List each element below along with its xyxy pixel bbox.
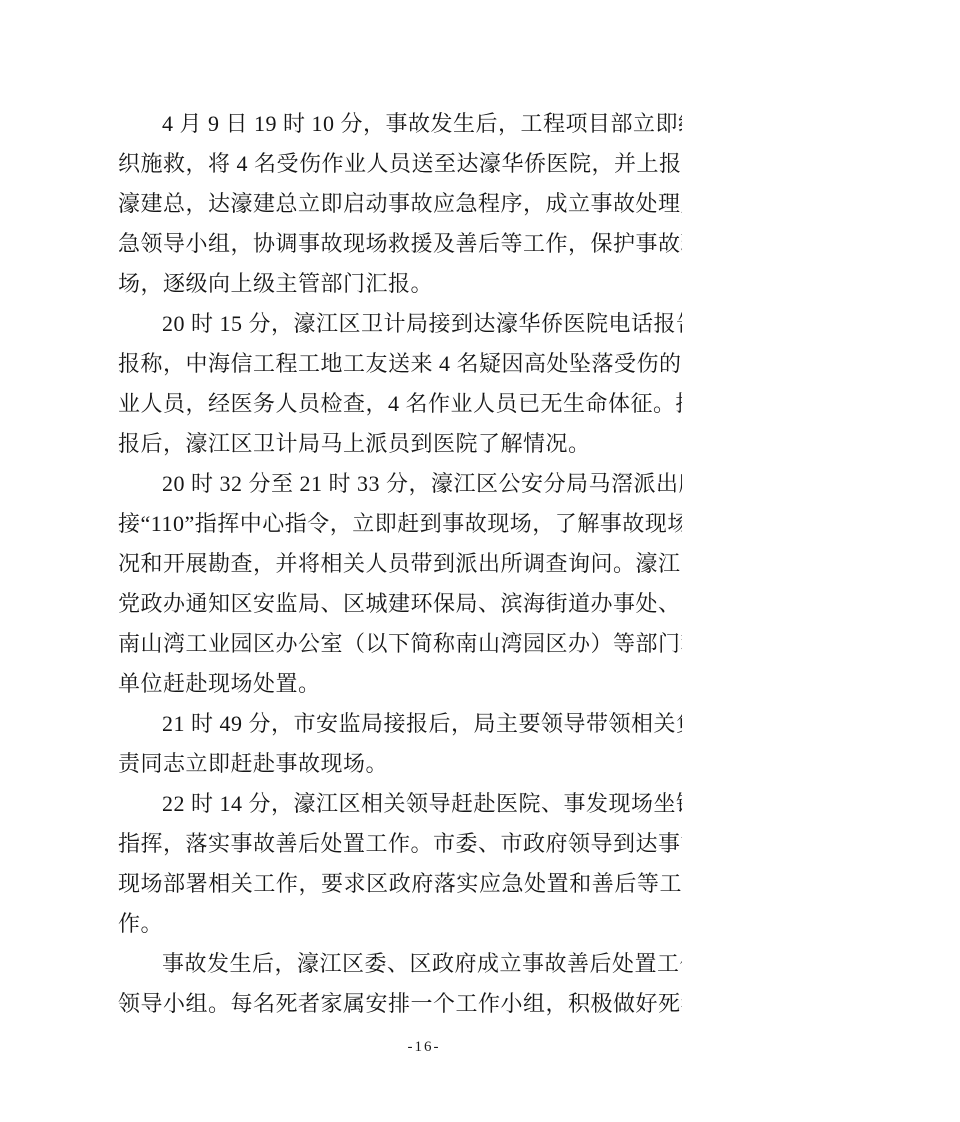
text-line: 濠建总，达濠建总立即启动事故应急程序，成立事故处理应 xyxy=(118,184,682,224)
text-line: 急领导小组，协调事故现场救援及善后等工作，保护事故现 xyxy=(118,224,682,264)
text-line: 业人员，经医务人员检查，4 名作业人员已无生命体征。接 xyxy=(118,384,682,424)
text-line: 南山湾工业园区办公室（以下简称南山湾园区办）等部门和 xyxy=(118,624,682,664)
text-line: 织施救，将 4 名受伤作业人员送至达濠华侨医院，并上报达 xyxy=(118,144,682,184)
text-line: 4 月 9 日 19 时 10 分，事故发生后，工程项目部立即组 xyxy=(118,104,682,144)
text-line: 22 时 14 分，濠江区相关领导赶赴医院、事发现场坐镇 xyxy=(118,784,682,824)
paragraph-3: 20 时 32 分至 21 时 33 分，濠江区公安分局马滘派出所 接“110”… xyxy=(118,464,682,704)
text-line: 报称，中海信工程工地工友送来 4 名疑因高处坠落受伤的作 xyxy=(118,344,682,384)
paragraph-6: 事故发生后，濠江区委、区政府成立事故善后处置工作 领导小组。每名死者家属安排一个… xyxy=(118,944,682,1024)
text-line: 20 时 15 分，濠江区卫计局接到达濠华侨医院电话报告 xyxy=(118,304,682,344)
text-line: 事故发生后，濠江区委、区政府成立事故善后处置工作 xyxy=(118,944,682,984)
text-line: 指挥，落实事故善后处置工作。市委、市政府领导到达事故 xyxy=(118,824,682,864)
page-number: -16- xyxy=(408,1038,441,1056)
text-line: 20 时 32 分至 21 时 33 分，濠江区公安分局马滘派出所 xyxy=(118,464,682,504)
text-line: 现场部署相关工作，要求区政府落实应急处置和善后等工 xyxy=(118,864,682,904)
text-block: 4 月 9 日 19 时 10 分，事故发生后，工程项目部立即组 织施救，将 4… xyxy=(118,104,682,1024)
text-line: 况和开展勘查，并将相关人员带到派出所调查询问。濠江区 xyxy=(118,544,682,584)
text-line: 领导小组。每名死者家属安排一个工作小组，积极做好死者 xyxy=(118,984,682,1024)
text-line: 场，逐级向上级主管部门汇报。 xyxy=(118,264,682,304)
text-line: 党政办通知区安监局、区城建环保局、滨海街道办事处、区 xyxy=(118,584,682,624)
text-line: 接“110”指挥中心指令，立即赶到事故现场，了解事故现场情 xyxy=(118,504,682,544)
paragraph-1: 4 月 9 日 19 时 10 分，事故发生后，工程项目部立即组 织施救，将 4… xyxy=(118,104,682,304)
text-line: 责同志立即赶赴事故现场。 xyxy=(118,744,682,784)
paragraph-2: 20 时 15 分，濠江区卫计局接到达濠华侨医院电话报告 报称，中海信工程工地工… xyxy=(118,304,682,464)
text-line: 报后，濠江区卫计局马上派员到医院了解情况。 xyxy=(118,424,682,464)
text-line: 21 时 49 分，市安监局接报后，局主要领导带领相关负 xyxy=(118,704,682,744)
paragraph-4: 21 时 49 分，市安监局接报后，局主要领导带领相关负 责同志立即赶赴事故现场… xyxy=(118,704,682,784)
paragraph-5: 22 时 14 分，濠江区相关领导赶赴医院、事发现场坐镇 指挥，落实事故善后处置… xyxy=(118,784,682,944)
text-line: 单位赶赴现场处置。 xyxy=(118,664,682,704)
document-page: 4 月 9 日 19 时 10 分，事故发生后，工程项目部立即组 织施救，将 4… xyxy=(0,0,960,1122)
text-line: 作。 xyxy=(118,904,682,944)
